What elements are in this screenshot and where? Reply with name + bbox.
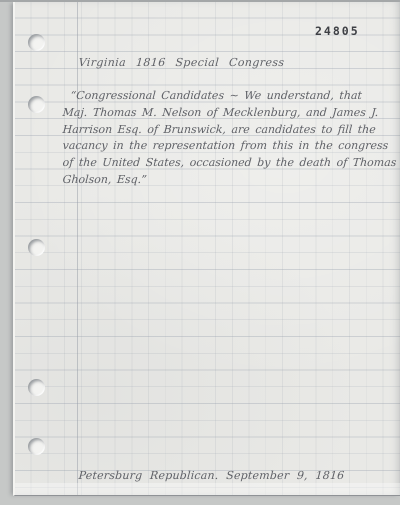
paragraph-line: of the United States, occasioned by the …: [62, 155, 398, 172]
scanned-document: { "document": { "stamp_number": "24805",…: [0, 0, 400, 505]
handwritten-title: Virginia 1816 Special Congress: [78, 55, 285, 72]
notebook-page: 24805 Virginia 1816 Special Congress “Co…: [13, 2, 400, 496]
paragraph-line: Maj. Thomas M. Nelson of Mecklenburg, an…: [62, 105, 398, 122]
paragraph-line: Harrison Esq. of Brunswick, are candidat…: [62, 122, 398, 139]
binder-hole-5: [28, 438, 45, 455]
paragraph-line: vacancy in the representation from this …: [62, 138, 398, 155]
paragraph-line: Gholson, Esq.”: [62, 172, 398, 189]
scan-edge: [0, 0, 400, 2]
binder-hole-2: [28, 96, 45, 113]
catalog-stamp: 24805: [315, 24, 360, 38]
source-citation: Petersburg Republican. September 9, 1816: [78, 468, 345, 485]
margin-rule: [77, 2, 78, 495]
paragraph-line: “Congressional Candidates ~ We understan…: [62, 88, 398, 105]
binder-hole-1: [28, 34, 45, 51]
binder-hole-3: [28, 239, 45, 256]
handwritten-paragraph: “Congressional Candidates ~ We understan…: [62, 88, 397, 189]
binder-hole-4: [28, 379, 45, 396]
